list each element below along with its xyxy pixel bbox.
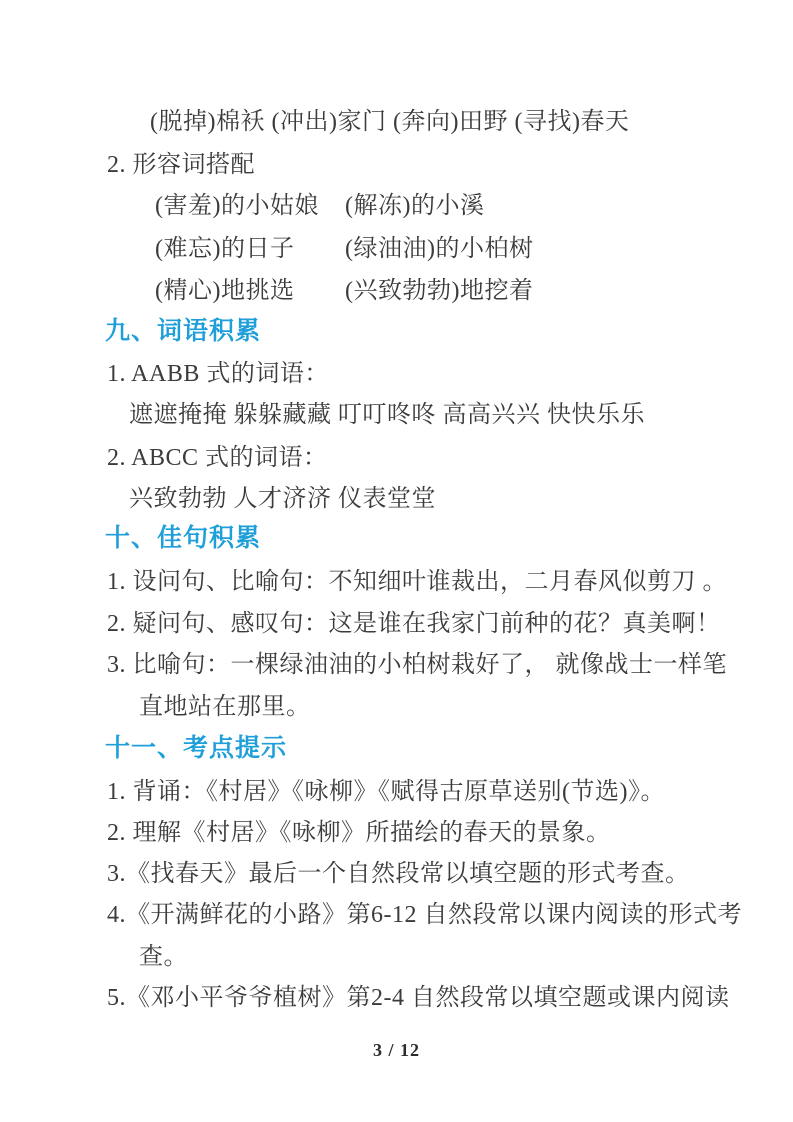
pair-left: (精心)地挑选 <box>155 279 294 303</box>
sentence-item-3: 3. 比喻句：一棵绿油油的小柏树栽好了， 就像战士一样笔 <box>107 653 727 677</box>
exam-tip-item-4: 4.《开满鲜花的小路》第6-12 自然段常以课内阅读的形式考 <box>107 903 742 927</box>
adjective-pair-row: (精心)地挑选 (兴致勃勃)地挖着 <box>0 279 793 309</box>
exam-tip-item-5: 5.《邓小平爷爷植树》第2-4 自然段常以填空题或课内阅读 <box>107 986 730 1010</box>
aabb-words-item: 1. AABB 式的词语： <box>107 362 329 386</box>
exam-tip-item-4-continuation: 查。 <box>139 945 188 969</box>
pair-right: (绿油油)的小柏树 <box>345 237 533 261</box>
pair-right: (解冻)的小溪 <box>345 194 484 218</box>
pair-left: (难忘)的日子 <box>155 237 294 261</box>
abcc-words-list: 兴致勃勃 人才济济 仪表堂堂 <box>129 487 436 511</box>
sentence-item-1: 1. 设问句、比喻句：不知细叶谁裁出，二月春风似剪刀 。 <box>107 570 727 594</box>
adjective-pair-row: (难忘)的日子 (绿油油)的小柏树 <box>0 237 793 267</box>
exam-tip-item-2: 2. 理解《村居》《咏柳》所描绘的春天的景象。 <box>107 821 611 845</box>
page-number: 3 / 12 <box>0 1040 793 1061</box>
document-page: (脱掉)棉袄 (冲出)家门 (奔向)田野 (寻找)春天 2. 形容词搭配 (害羞… <box>0 0 793 1122</box>
adjective-pair-row: (害羞)的小姑娘 (解冻)的小溪 <box>0 194 793 224</box>
verb-phrase-line: (脱掉)棉袄 (冲出)家门 (奔向)田野 (寻找)春天 <box>150 110 629 134</box>
sentence-item-3-continuation: 直地站在那里。 <box>139 695 311 719</box>
sentence-item-2: 2. 疑问句、感叹句：这是谁在我家门前种的花？真美啊！ <box>107 612 721 636</box>
section-11-heading: 十一、考点提示 <box>105 736 287 761</box>
abcc-words-item: 2. ABCC 式的词语： <box>107 446 328 470</box>
exam-tip-item-1: 1. 背诵：《村居》《咏柳》《赋得古原草送别(节选)》。 <box>107 780 665 804</box>
list-item-adjective-pairing: 2. 形容词搭配 <box>107 153 255 177</box>
pair-right: (兴致勃勃)地挖着 <box>345 279 533 303</box>
section-9-heading: 九、词语积累 <box>105 319 261 344</box>
section-10-heading: 十、佳句积累 <box>105 526 261 551</box>
aabb-words-list: 遮遮掩掩 躲躲藏藏 叮叮咚咚 高高兴兴 快快乐乐 <box>129 403 645 427</box>
pair-left: (害羞)的小姑娘 <box>155 194 319 218</box>
exam-tip-item-3: 3.《找春天》最后一个自然段常以填空题的形式考查。 <box>107 862 690 886</box>
